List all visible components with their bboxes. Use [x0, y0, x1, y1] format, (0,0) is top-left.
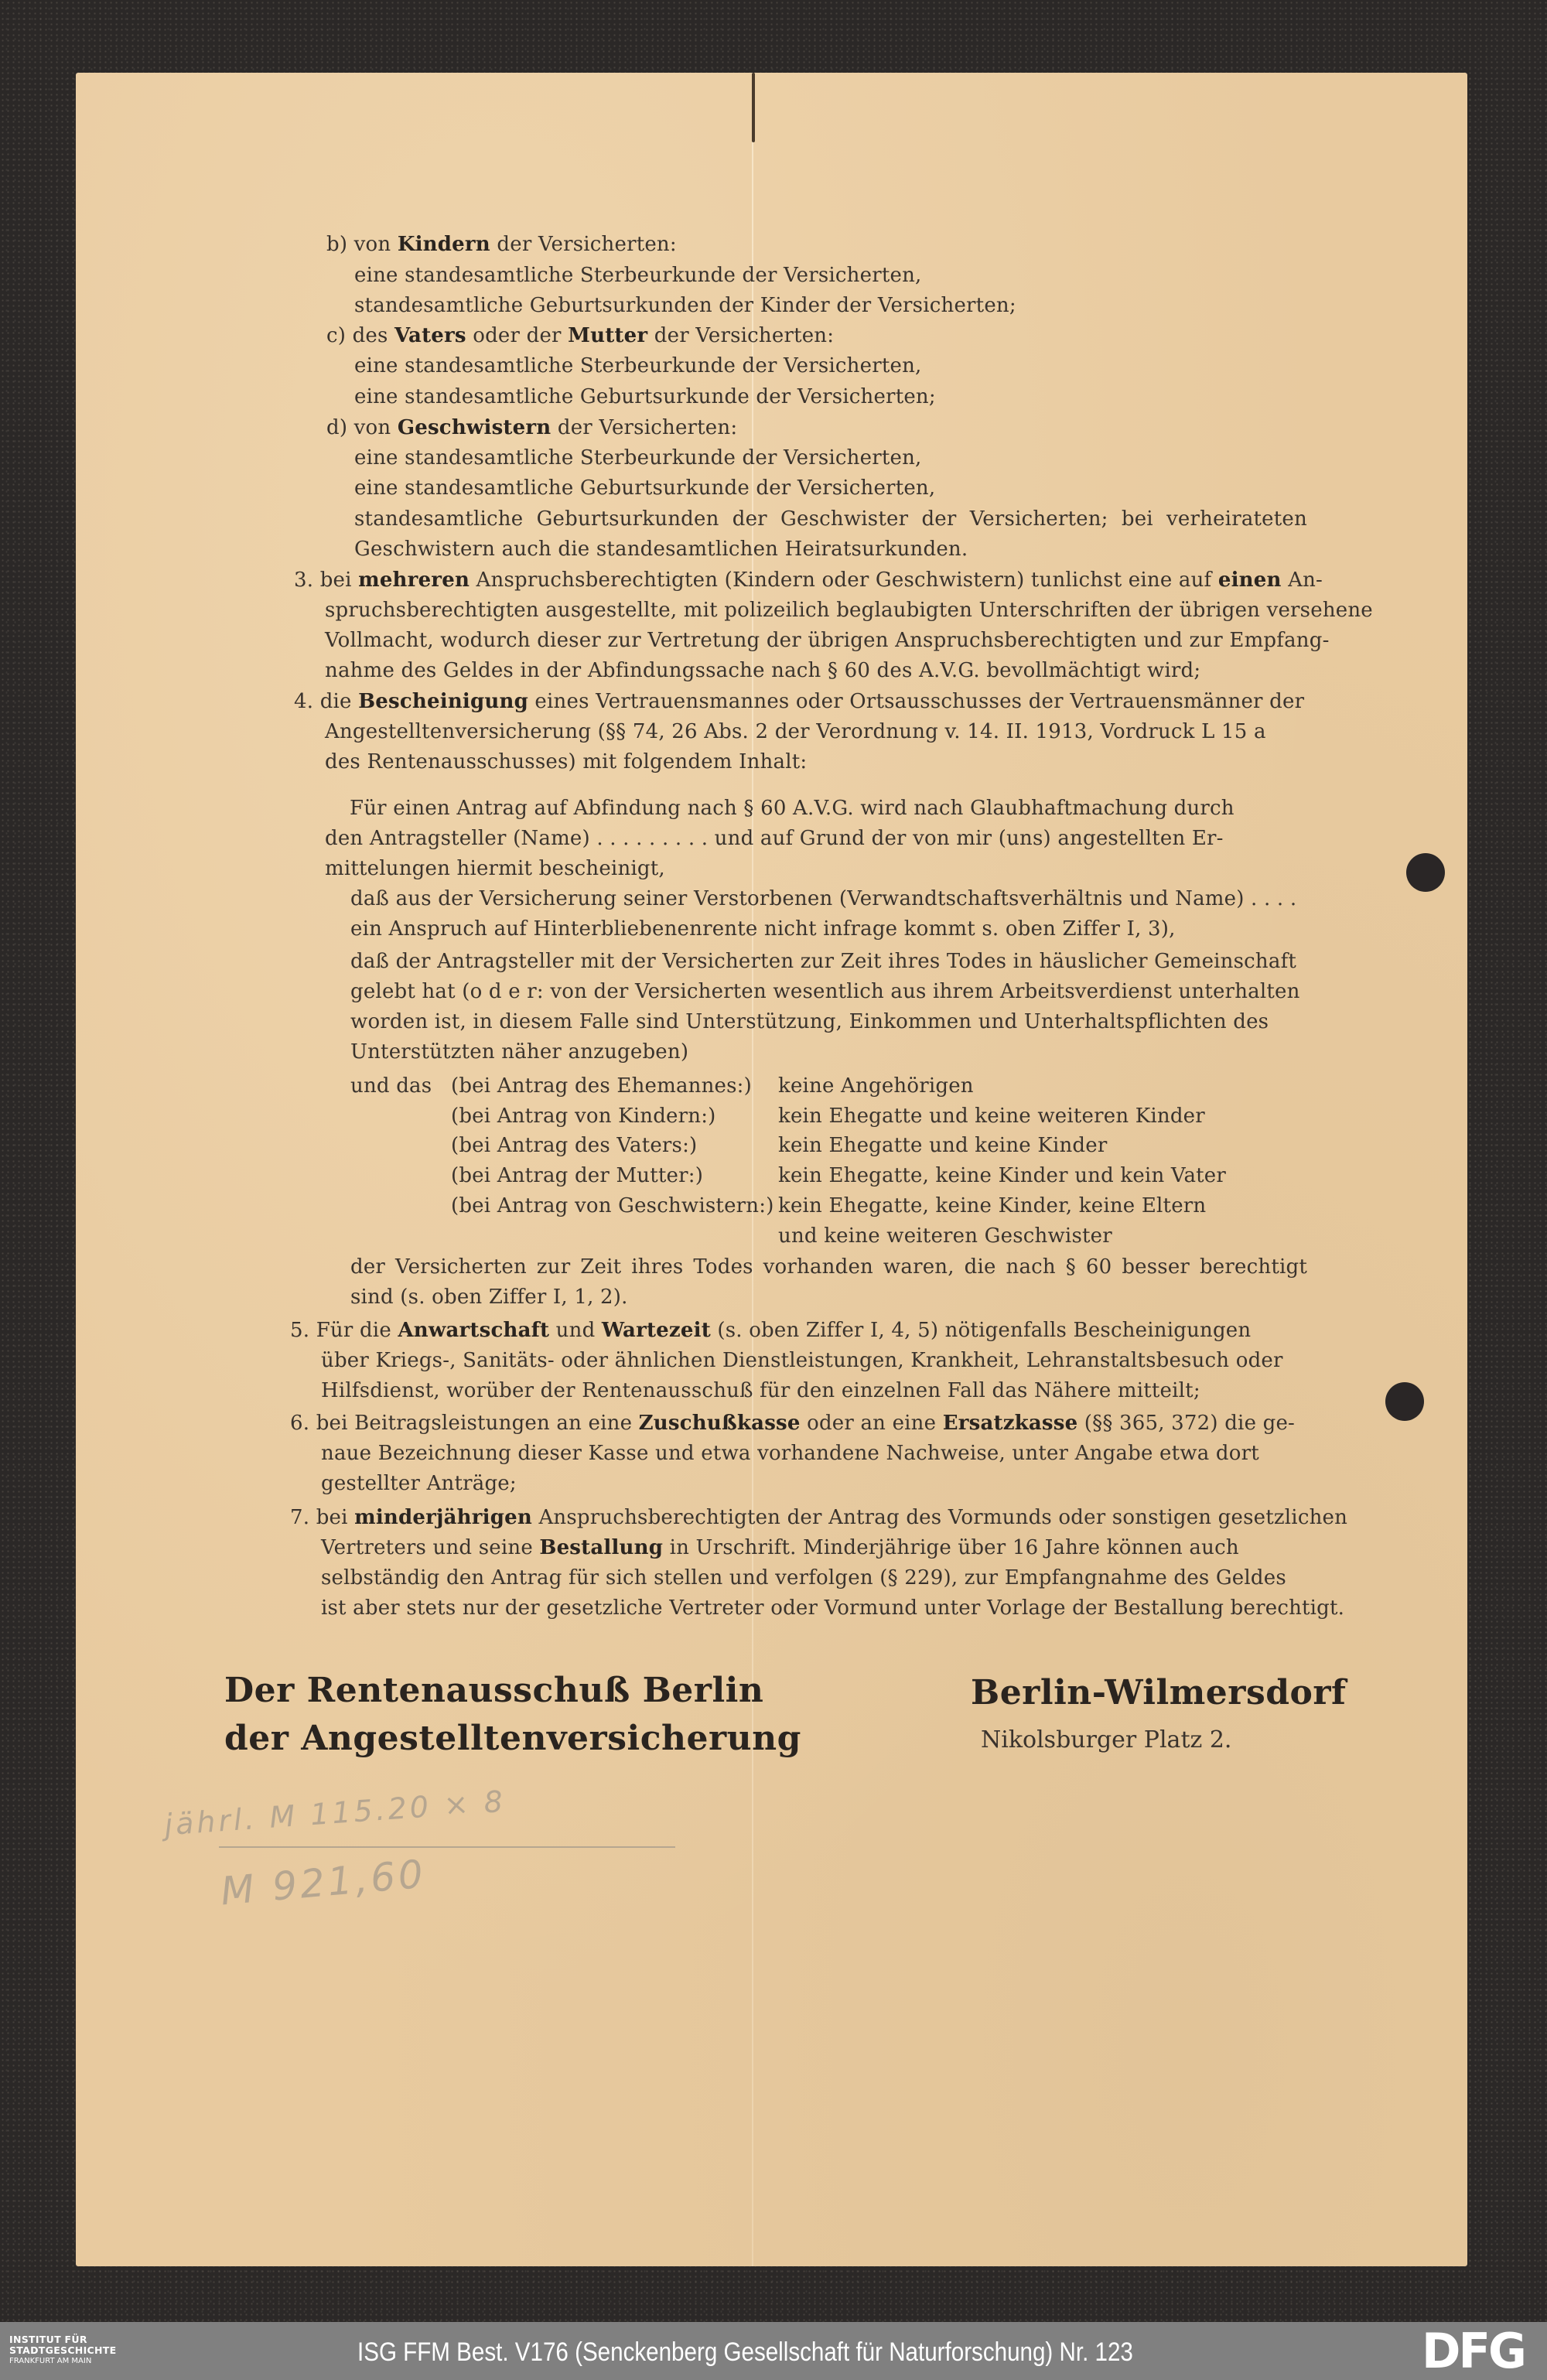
- certificate-text-line: Unterstützten näher anzugeben): [350, 1036, 688, 1067]
- table-requirement: kein Ehegatte, keine Kinder und kein Vat…: [778, 1160, 1226, 1191]
- section-c-label: c): [326, 324, 346, 347]
- text-line: über Kriegs-, Sanitäts- oder ähnlichen D…: [321, 1345, 1283, 1376]
- bold-term: Kindern: [398, 233, 490, 256]
- table-condition: (bei Antrag des Ehemannes:): [451, 1070, 752, 1101]
- section-c-heading: c) des Vaters oder der Mutter der Versic…: [326, 320, 834, 351]
- item-number: 3.: [294, 569, 313, 592]
- text-line: Vollmacht, wodurch dieser zur Vertretung…: [325, 625, 1330, 656]
- bold-term: mehreren: [358, 569, 470, 592]
- item-number: 5.: [290, 1319, 309, 1342]
- text-line: eine standesamtliche Sterbeurkunde der V…: [354, 350, 921, 381]
- text-line: ist aber stets nur der gesetzliche Vertr…: [321, 1593, 1344, 1624]
- paper-tear: [752, 73, 755, 142]
- certificate-text-line: sind (s. oben Ziffer I, 1, 2).: [350, 1282, 628, 1313]
- table-condition: (bei Antrag von Kindern:): [451, 1101, 716, 1132]
- signature-authority-line1: Der Rentenausschuß Berlin: [224, 1671, 763, 1710]
- text-line: Angestelltenversicherung (§§ 74, 26 Abs.…: [325, 716, 1266, 747]
- text-line: eine standesamtliche Geburtsurkunde der …: [354, 473, 935, 504]
- table-requirement: kein Ehegatte und keine weiteren Kinder: [778, 1101, 1205, 1132]
- bold-term: Anwartschaft: [398, 1319, 549, 1342]
- table-requirement: keine Angehörigen: [778, 1070, 974, 1101]
- table-prefix: und das: [350, 1070, 432, 1101]
- text-line: eine standesamtliche Sterbeurkunde der V…: [354, 442, 921, 473]
- table-requirement: kein Ehegatte, keine Kinder, keine Elter…: [778, 1190, 1206, 1221]
- item-3-heading: 3. bei mehreren Anspruchsberechtigten (K…: [294, 565, 1323, 596]
- text-line: standesamtliche Geburtsurkunden der Kind…: [354, 290, 1016, 321]
- text-line: spruchsberechtigten ausgestellte, mit po…: [325, 595, 1373, 626]
- certificate-text-line: daß aus der Versicherung seiner Verstorb…: [350, 883, 1296, 914]
- text-line: eine standesamtliche Geburtsurkunde der …: [354, 381, 936, 412]
- table-condition: (bei Antrag des Vaters:): [451, 1130, 697, 1161]
- certificate-text-line: worden ist, in diesem Falle sind Unterst…: [350, 1006, 1269, 1037]
- certificate-text-line: mittelungen hiermit bescheinigt,: [325, 853, 665, 884]
- bold-term: Wartezeit: [602, 1319, 711, 1342]
- certificate-text-line: gelebt hat (o d e r: von der Versicherte…: [350, 976, 1300, 1007]
- section-d-label: d): [326, 416, 347, 439]
- item-number: 7.: [290, 1506, 309, 1529]
- bold-term: minderjährigen: [354, 1506, 532, 1529]
- text-line: standesamtlicheGeburtsurkundenderGeschwi…: [354, 504, 1307, 534]
- archive-citation: ISG FFM Best. V176 (Senckenberg Gesellsc…: [357, 2337, 1133, 2368]
- bold-term: Bestallung: [539, 1536, 663, 1559]
- section-b-label: b): [326, 233, 347, 256]
- certificate-text-line: Für einen Antrag auf Abfindung nach § 60…: [350, 793, 1235, 824]
- bold-term: Zuschußkasse: [639, 1412, 801, 1435]
- text-line: des Rentenausschusses) mit folgendem Inh…: [325, 746, 807, 777]
- certificate-text-line: daß der Antragsteller mit der Versichert…: [350, 946, 1296, 977]
- text-line: nahme des Geldes in der Abfindungssache …: [325, 655, 1200, 686]
- text-line: Hilfsdienst, worüber der Rentenausschuß …: [321, 1375, 1200, 1406]
- bold-term: Vaters: [394, 324, 466, 347]
- signature-city: Berlin-Wilmersdorf: [971, 1673, 1346, 1712]
- handwritten-underline: [219, 1846, 675, 1848]
- certificate-text-line: ein Anspruch auf Hinterbliebenenrente ni…: [350, 913, 1176, 944]
- signature-authority-line2: der Angestelltenversicherung: [224, 1719, 801, 1758]
- institute-logo: INSTITUT FÜR STADTGESCHICHTE FRANKFURT A…: [9, 2334, 116, 2366]
- item-number: 4.: [294, 690, 313, 713]
- item-6-heading: 6. bei Beitragsleistungen an eine Zuschu…: [290, 1408, 1295, 1439]
- punch-hole-bottom: [1385, 1382, 1424, 1421]
- dfg-logo: DFG: [1422, 2330, 1525, 2373]
- text-line: Vertreters und seine Bestallung in Ursch…: [321, 1532, 1239, 1563]
- text-line: selbständig den Antrag für sich stellen …: [321, 1562, 1286, 1593]
- section-b-heading: b) von Kindern der Versicherten:: [326, 229, 677, 260]
- item-4-heading: 4. die Bescheinigung eines Vertrauensman…: [294, 686, 1304, 717]
- certificate-text-line: derVersichertenzurZeitihresTodesvorhande…: [350, 1251, 1307, 1282]
- text-line: gestellter Anträge;: [321, 1468, 517, 1499]
- section-d-heading: d) von Geschwistern der Versicherten:: [326, 412, 737, 443]
- item-7-heading: 7. bei minderjährigen Anspruchsberechtig…: [290, 1502, 1347, 1533]
- bold-term: Ersatzkasse: [943, 1412, 1078, 1435]
- signature-address: Nikolsburger Platz 2.: [981, 1726, 1231, 1753]
- table-condition: (bei Antrag von Geschwistern:): [451, 1190, 774, 1221]
- item-number: 6.: [290, 1412, 309, 1435]
- bold-term: Mutter: [568, 324, 647, 347]
- bold-term: Bescheinigung: [358, 690, 528, 713]
- bold-term: Geschwistern: [398, 416, 552, 439]
- punch-hole-top: [1406, 853, 1445, 892]
- item-5-heading: 5. Für die Anwartschaft und Wartezeit (s…: [290, 1315, 1251, 1346]
- table-requirement: und keine weiteren Geschwister: [778, 1221, 1112, 1251]
- table-condition: (bei Antrag der Mutter:): [451, 1160, 703, 1191]
- certificate-text-line: den Antragsteller (Name) . . . . . . . .…: [325, 823, 1224, 854]
- text-line: eine standesamtliche Sterbeurkunde der V…: [354, 260, 921, 291]
- text-line: Geschwistern auch die standesamtlichen H…: [354, 534, 968, 565]
- table-requirement: kein Ehegatte und keine Kinder: [778, 1130, 1107, 1161]
- bold-term: einen: [1218, 569, 1282, 592]
- text-line: naue Bezeichnung dieser Kasse und etwa v…: [321, 1438, 1259, 1469]
